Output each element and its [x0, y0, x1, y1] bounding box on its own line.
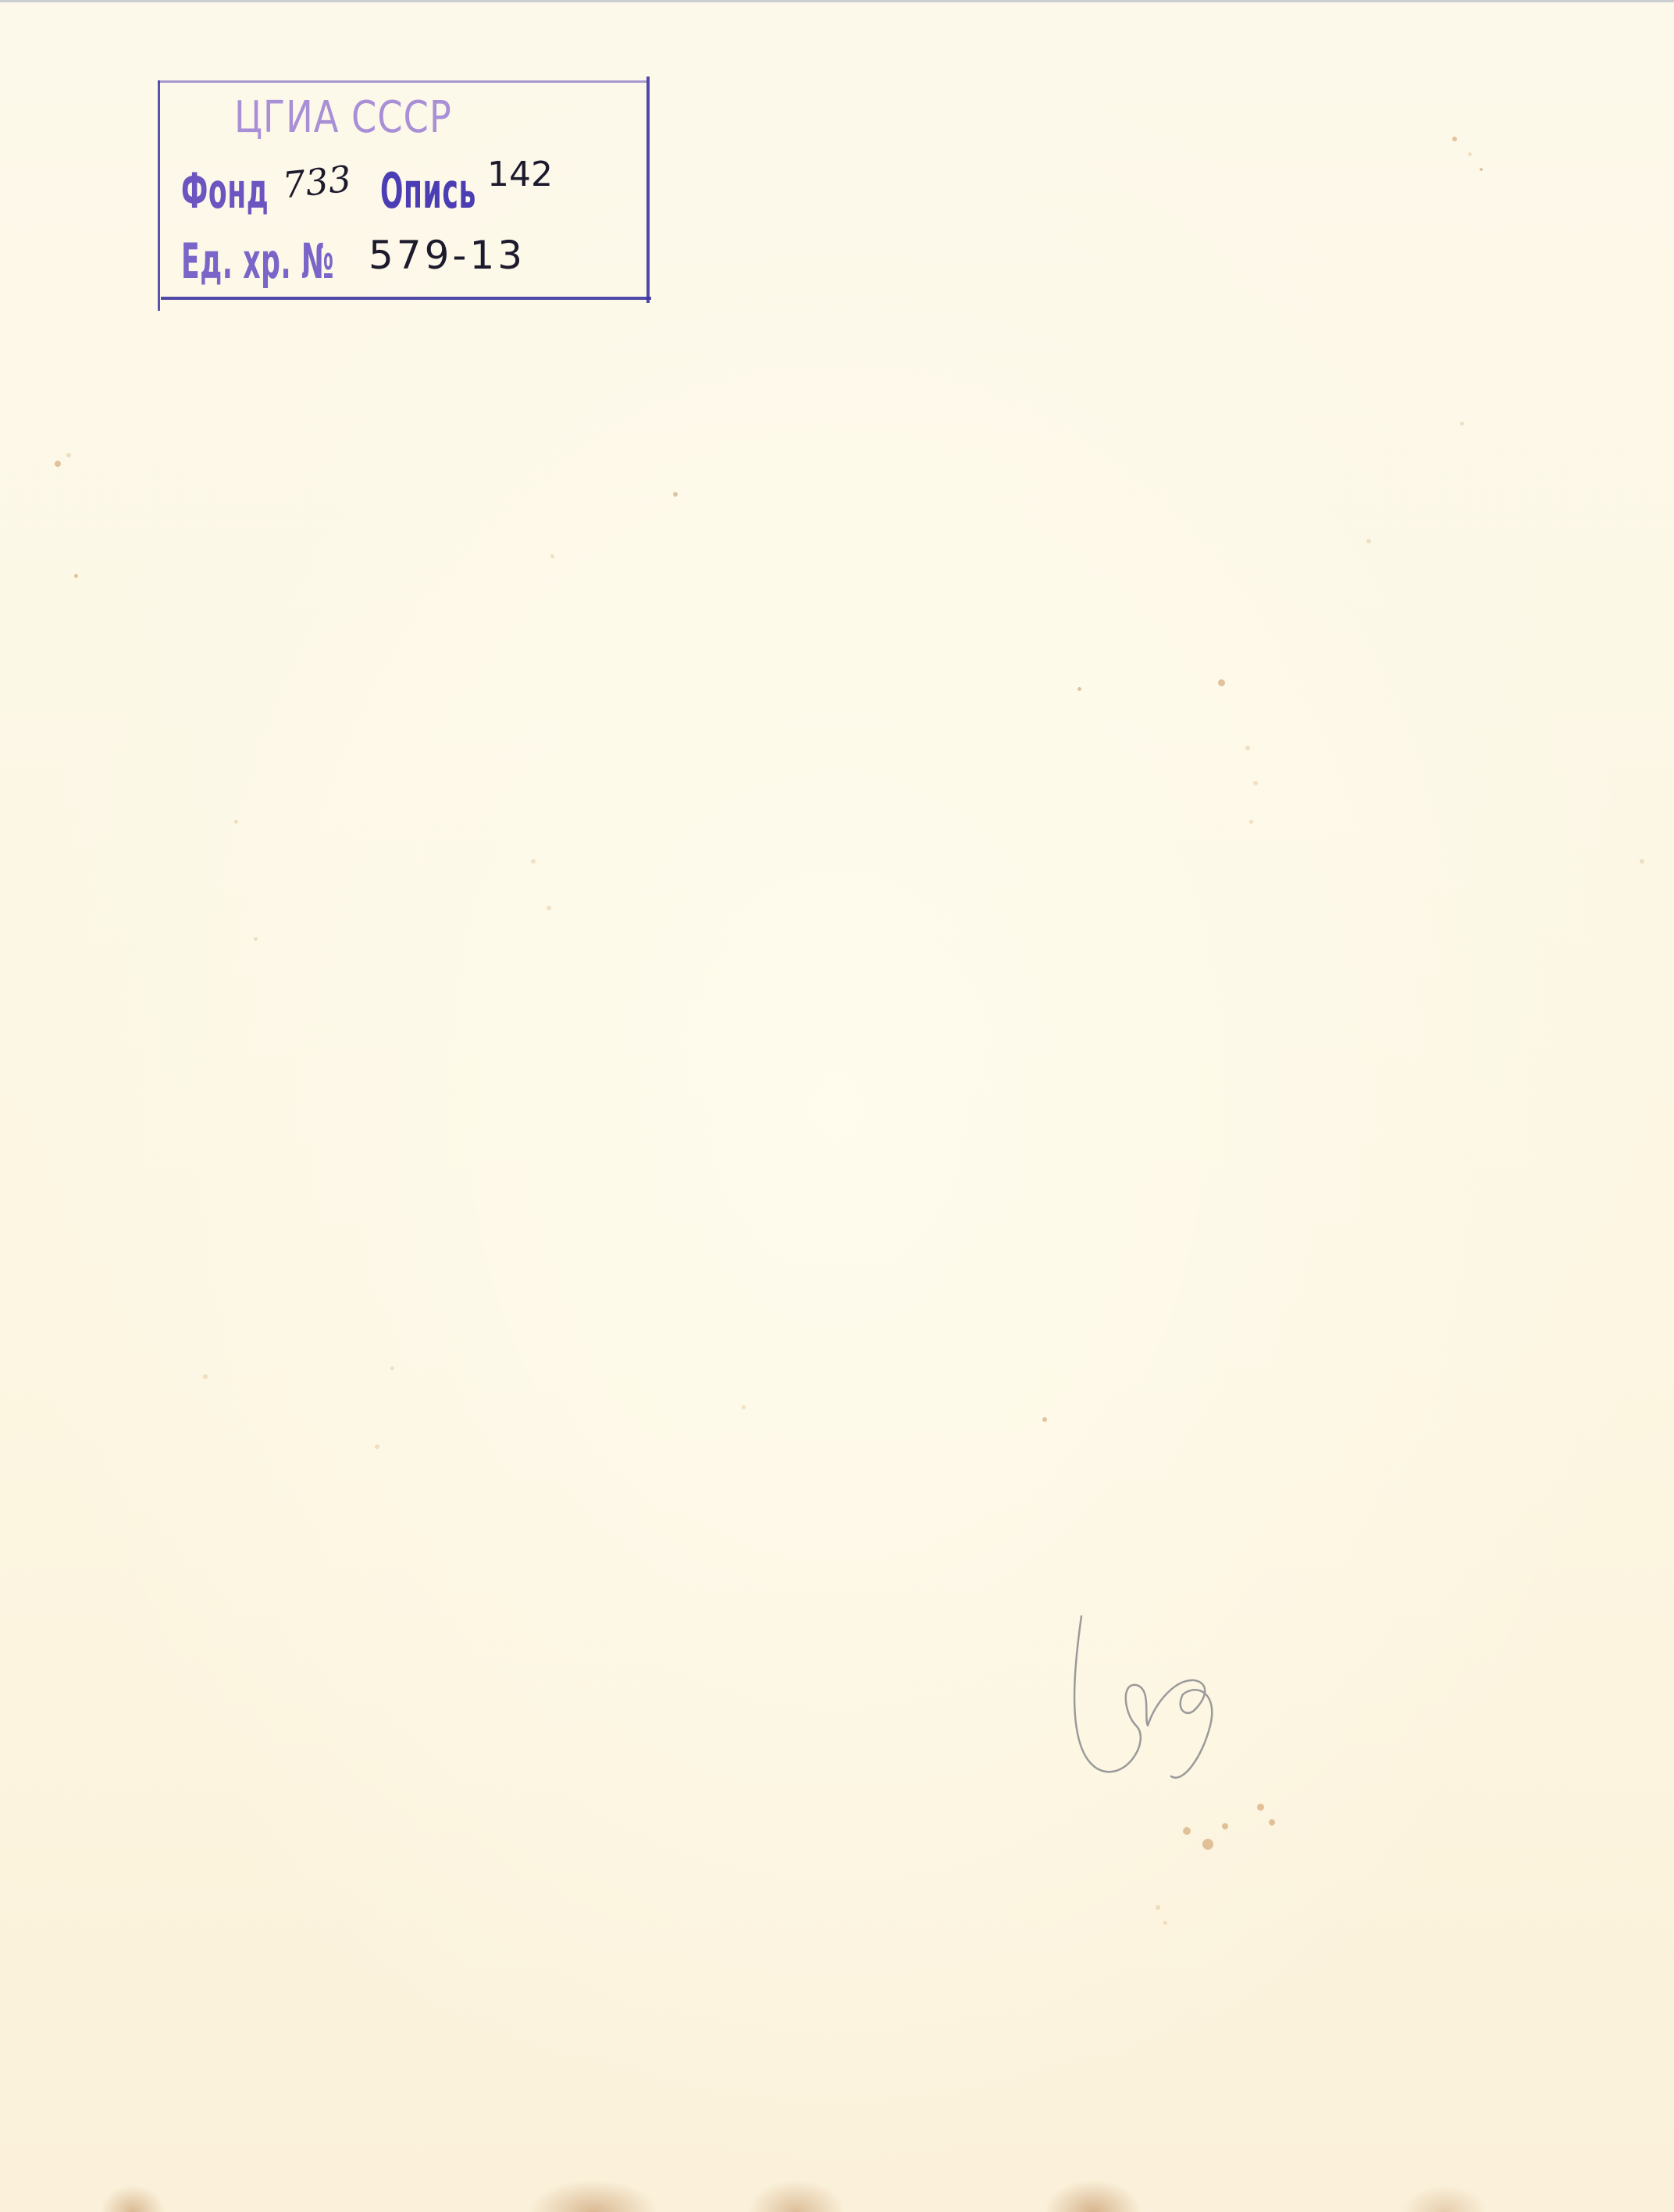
stamp-storage-unit-number: 579-13 — [369, 233, 525, 278]
bottom-water-stain — [0, 2157, 1674, 2212]
stamp-fond-number: 733 — [280, 158, 353, 207]
pencil-mark-icon — [1050, 1608, 1238, 1796]
stamp-storage-unit-label: Ед. хр. № — [181, 233, 334, 290]
scan-top-edge — [0, 0, 1674, 2]
stamp-frame-top — [158, 80, 646, 83]
stamp-frame-bottom — [161, 297, 651, 300]
paper-background — [0, 0, 1674, 2212]
stamp-frame-right — [646, 77, 650, 303]
stamp-opis-label: Опись — [380, 162, 476, 219]
stamp-opis-number: 142 — [487, 155, 553, 194]
archive-stamp: ЦГИА СССР Фонд 733 Опись 142 Ед. хр. № 5… — [158, 77, 650, 311]
stamp-archive-title: ЦГИА СССР — [234, 92, 452, 143]
stamp-fond-label: Фонд — [181, 162, 269, 219]
stamp-frame-left — [158, 80, 160, 311]
